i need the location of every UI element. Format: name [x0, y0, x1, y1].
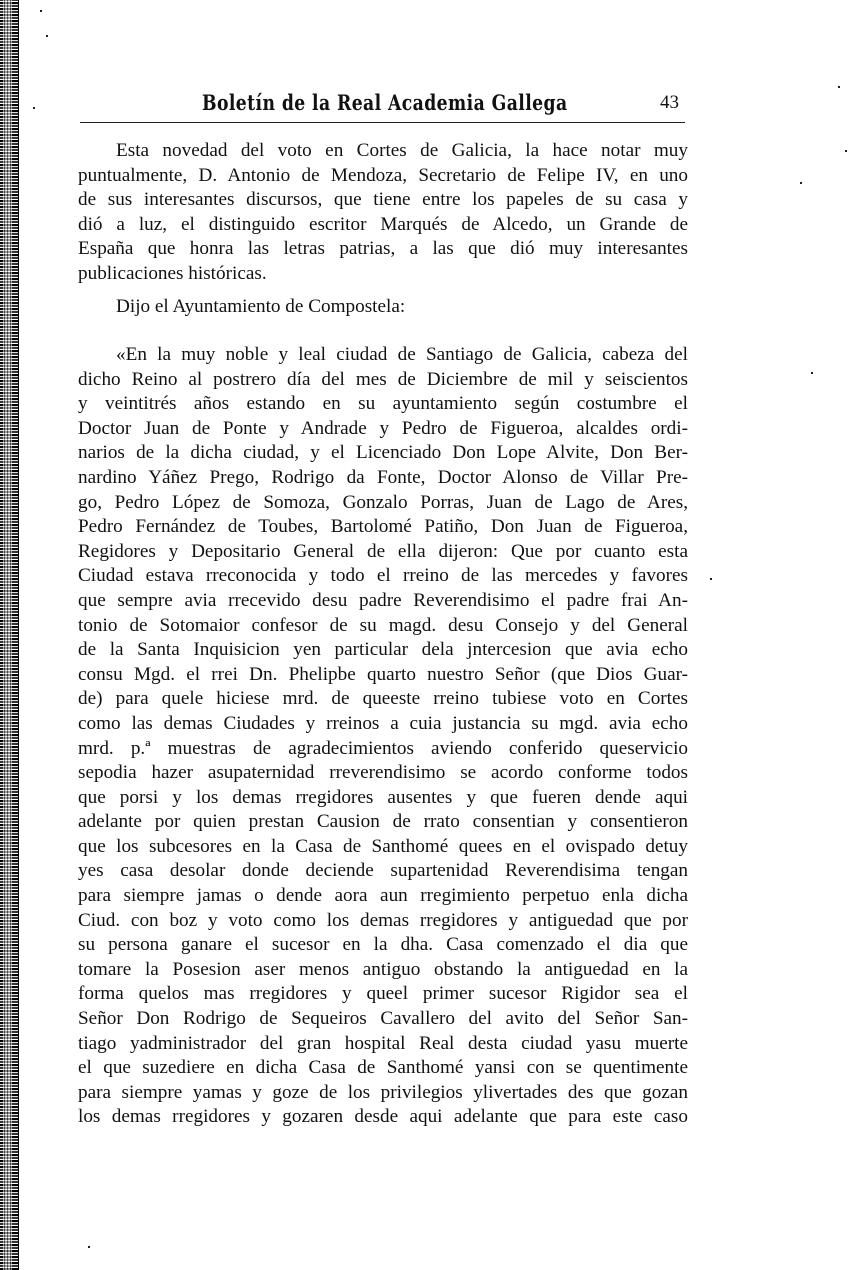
scan-speck — [838, 86, 840, 88]
text-line: de sus interesantes discursos, que tiene… — [78, 188, 688, 213]
text-line: tiago yadministrador del gran hospital R… — [78, 1032, 688, 1057]
text-line: mrd. p.ª muestras de agradecimientos avi… — [78, 737, 688, 762]
text-line: Pedro Fernández de Toubes, Bartolomé Pat… — [78, 515, 688, 540]
text-line: el que suzediere en dicha Casa de Santho… — [78, 1056, 688, 1081]
text-line: adelante por quien prestan Causion de rr… — [78, 810, 688, 835]
scan-speck — [710, 578, 712, 580]
text-line: nardino Yáñez Prego, Rodrigo da Fonte, D… — [78, 466, 688, 491]
text-line: Esta novedad del voto en Cortes de Galic… — [78, 139, 688, 164]
text-line: Ciud. con boz y voto como los demas rreg… — [78, 909, 688, 934]
text-line: para siempre yamas y goze de los privile… — [78, 1081, 688, 1106]
scan-speck — [88, 1246, 90, 1248]
text-line: Doctor Juan de Ponte y Andrade y Pedro d… — [78, 417, 688, 442]
text-line: que sempre avia rrecevido desu padre Rev… — [78, 589, 688, 614]
text-line: go, Pedro López de Somoza, Gonzalo Porra… — [78, 491, 688, 516]
text-line: de la Santa Inquisicion yen particular d… — [78, 638, 688, 663]
text-line: que porsi y los demas rregidores ausente… — [78, 786, 688, 811]
text-line: sepodia hazer asupaternidad rreverendisi… — [78, 761, 688, 786]
scan-speck — [845, 150, 847, 152]
text-line: «En la muy noble y leal ciudad de Santia… — [78, 343, 688, 368]
text-line: Dijo el Ayuntamiento de Compostela: — [78, 295, 688, 320]
text-line: y veintitrés años estando en su ayuntami… — [78, 392, 688, 417]
spine-texture — [3, 0, 12, 1270]
text-line: que los subcesores en la Casa de Santhom… — [78, 835, 688, 860]
text-line: publicaciones históricas. — [78, 262, 688, 287]
text-line: como las demas Ciudades y rreinos a cuia… — [78, 712, 688, 737]
paragraph-1: Esta novedad del voto en Cortes de Galic… — [78, 139, 688, 287]
text-line: dicho Reino al postrero día del mes de D… — [78, 368, 688, 393]
text-line: tomare la Posesion aser menos antiguo ob… — [78, 958, 688, 983]
scan-speck — [33, 107, 35, 109]
journal-title: Boletín de la Real Academia Gallega — [202, 90, 568, 115]
running-header: Boletín de la Real Academia Gallega 43 — [80, 88, 685, 123]
book-spine-edge — [0, 0, 19, 1270]
text-line: Regidores y Depositario General de ella … — [78, 540, 688, 565]
quoted-document: «En la muy noble y leal ciudad de Santia… — [78, 343, 688, 1130]
text-line: su persona ganare el sucesor en la dha. … — [78, 933, 688, 958]
text-line: yes casa desolar donde deciende suparten… — [78, 859, 688, 884]
scan-speck — [811, 372, 813, 374]
text-line: de) para quele hiciese mrd. de queeste r… — [78, 687, 688, 712]
text-line: narios de la dicha ciudad, y el Licencia… — [78, 441, 688, 466]
text-line: consu Mgd. el rrei Dn. Phelipbe quarto n… — [78, 663, 688, 688]
paragraph-2: Dijo el Ayuntamiento de Compostela: — [78, 295, 688, 320]
text-line: para siempre jamas o dende aora aun rreg… — [78, 884, 688, 909]
text-line: tonio de Sotomaior confesor de su magd. … — [78, 614, 688, 639]
text-line: dió a luz, el distinguido escritor Marqu… — [78, 213, 688, 238]
page-number: 43 — [660, 92, 679, 114]
text-line: forma quelos mas rregidores y queel prim… — [78, 982, 688, 1007]
text-line: los demas rregidores y gozaren desde aqu… — [78, 1105, 688, 1130]
text-line: España que honra las letras patrias, a l… — [78, 237, 688, 262]
scan-speck — [800, 182, 802, 184]
scan-speck — [40, 10, 42, 12]
text-line: Señor Don Rodrigo de Sequeiros Cavallero… — [78, 1007, 688, 1032]
scan-speck — [46, 35, 48, 37]
text-line: Ciudad estava rreconocida y todo el rrei… — [78, 564, 688, 589]
text-line: puntualmente, D. Antonio de Mendoza, Sec… — [78, 164, 688, 189]
